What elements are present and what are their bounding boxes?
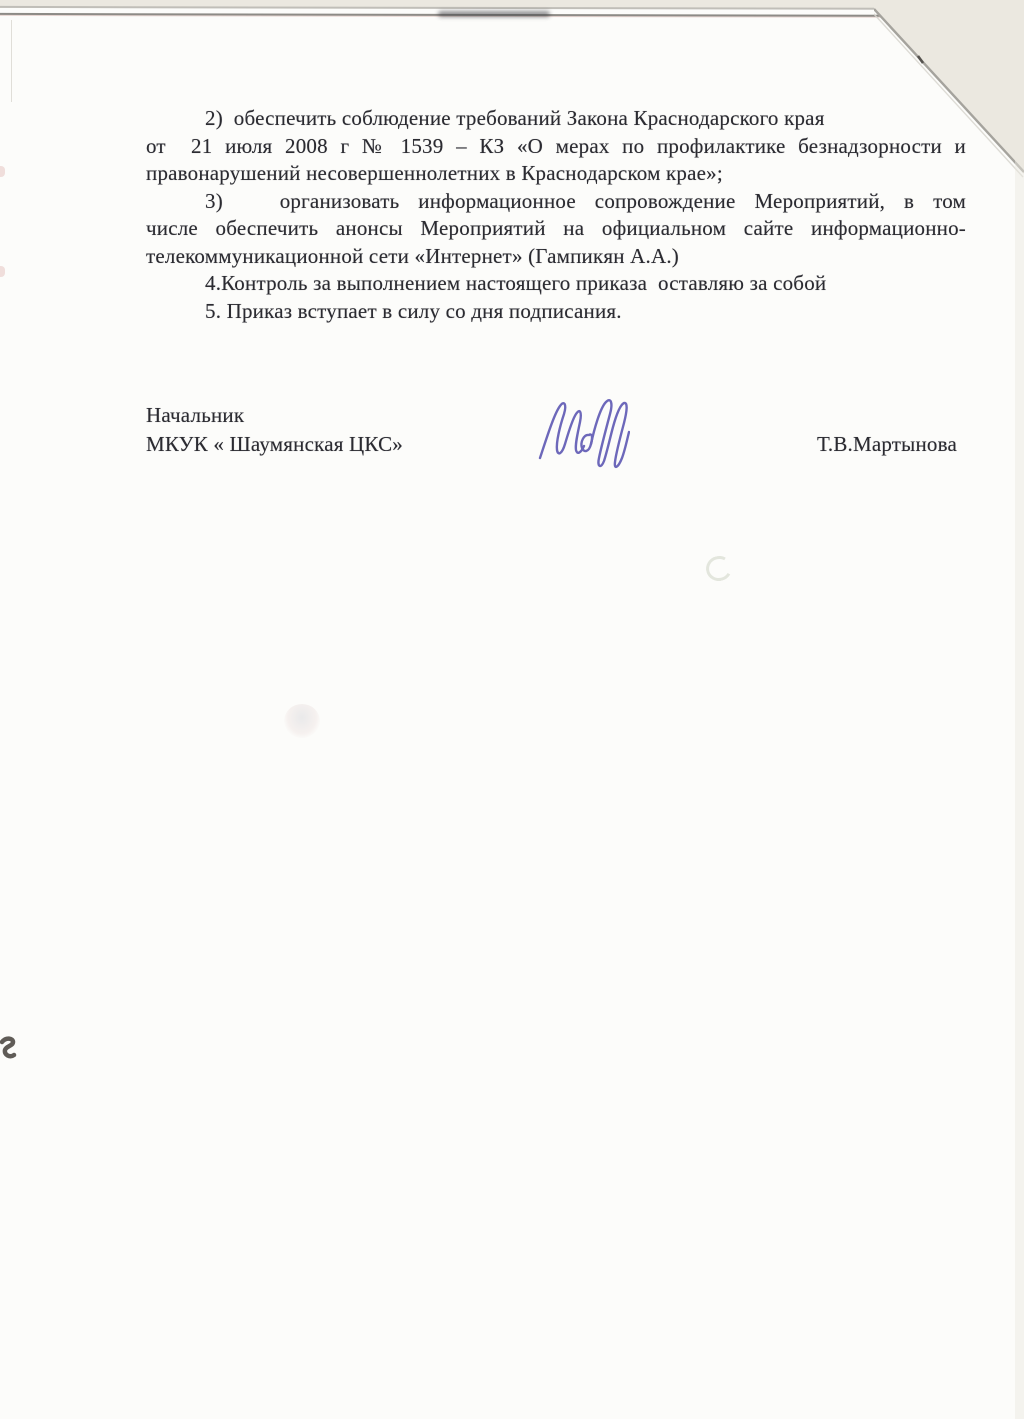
signer-role: Начальник МКУК « Шаумянская ЦКС»: [146, 401, 403, 459]
scan-artifact-dark-blob: [0, 1036, 17, 1063]
scanned-document-page: 2) обеспечить соблюдение требований Зако…: [0, 0, 1024, 1419]
scan-artifact-smudge: [284, 704, 320, 738]
signer-role-line2: МКУК « Шаумянская ЦКС»: [146, 430, 403, 459]
signature-ink: [534, 392, 630, 476]
signature-stroke-1: [540, 403, 584, 458]
document-line: правонарушений несовершеннолетних в Крас…: [146, 160, 966, 188]
document-line: числе обеспечить анонсы Мероприятий на о…: [146, 215, 966, 243]
document-line: 3) организовать информационное сопровожд…: [146, 188, 966, 216]
document-line: 2) обеспечить соблюдение требований Зако…: [146, 105, 966, 133]
signer-name: Т.В.Мартынова: [817, 432, 957, 457]
document-line: телекоммуникационной сети «Интернет» (Га…: [146, 243, 966, 271]
right-edge-shade: [1015, 160, 1024, 1419]
document-body: 2) обеспечить соблюдение требований Зако…: [146, 105, 966, 325]
signer-role-line1: Начальник: [146, 401, 403, 430]
document-line: 5. Приказ вступает в силу со дня подписа…: [146, 298, 966, 326]
scan-artifact-vertical-line: [11, 20, 12, 102]
document-line: 4.Контроль за выполнением настоящего при…: [146, 270, 966, 298]
dark-blob-stroke: [2, 1039, 14, 1057]
scan-artifact-pink-mark-1: [0, 166, 5, 177]
signature-stroke-3: [591, 400, 629, 467]
page-edge-smudge: [438, 11, 550, 17]
document-line: от 21 июля 2008 г № 1539 – КЗ «О мерах п…: [146, 133, 966, 161]
page-top-edge: [0, 0, 1024, 20]
scan-artifact-pink-mark-2: [0, 266, 5, 277]
scan-artifact-curl: [703, 553, 735, 584]
